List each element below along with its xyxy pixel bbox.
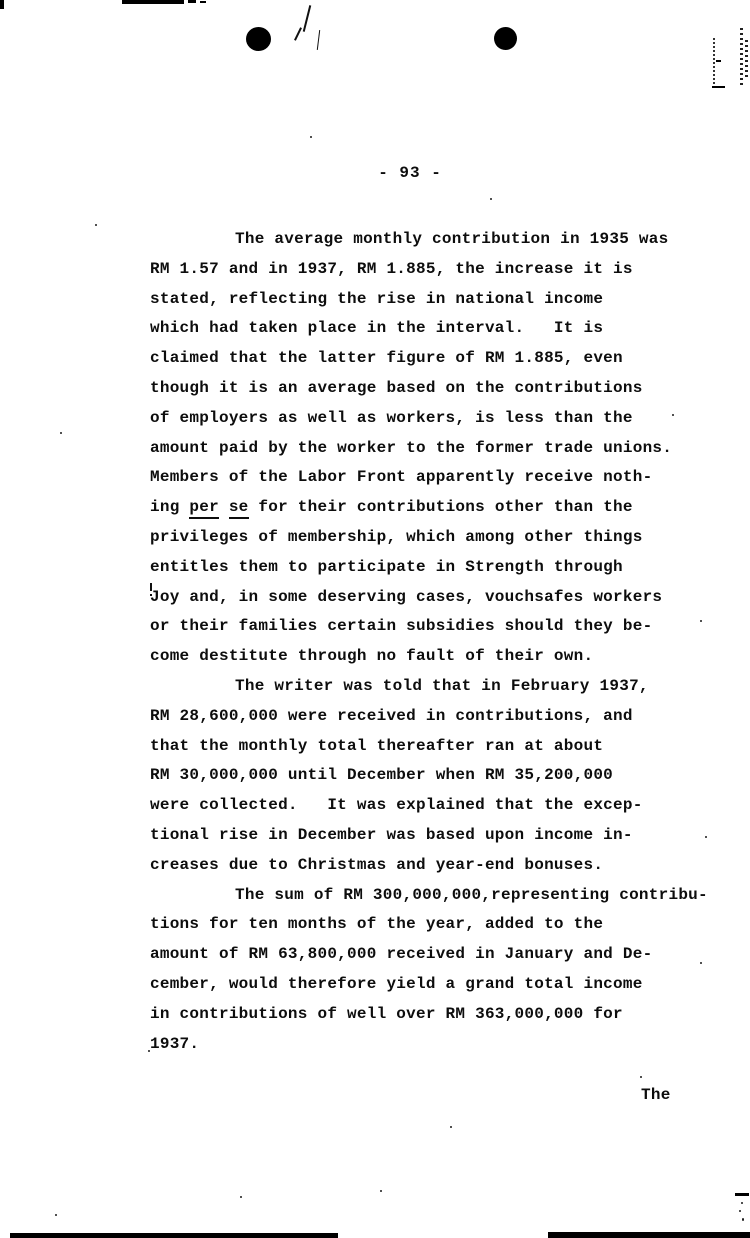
scan-bar-top [122,0,184,4]
text-line: come destitute through no fault of their… [150,642,695,672]
underlined-word: per [189,498,219,519]
text-segment [219,498,229,516]
noise-speck [700,962,702,964]
text-line: creases due to Christmas and year-end bo… [150,851,695,881]
noise-speck [700,620,702,622]
text-line: The average monthly contribution in 1935… [150,225,695,255]
text-line: though it is an average based on the con… [150,374,695,404]
body-text: The average monthly contribution in 1935… [150,225,695,1059]
text-line: The sum of RM 300,000,000,representing c… [150,881,695,911]
noise-speck [310,136,312,138]
page-number: - 93 - [150,164,670,182]
text-line-per-se: ing per se for their contributions other… [150,493,695,523]
noise-speck [380,1190,382,1192]
scan-dash [200,1,206,3]
stamp-mark [716,60,721,62]
text-line: RM 1.57 and in 1937, RM 1.885, the incre… [150,255,695,285]
scan-edge-mark [0,0,4,9]
text-line: entitles them to participate in Strength… [150,553,695,583]
noise-speck [240,1196,242,1198]
stamp-mark [713,38,715,88]
punch-hole-left [246,27,271,51]
noise-speck [739,1210,741,1212]
text-line: 1937. [150,1030,695,1060]
scratch-mark [303,5,311,32]
noise-speck [450,1126,452,1128]
margin-squiggle [740,28,743,88]
text-line: in contributions of well over RM 363,000… [150,1000,695,1030]
text-line: that the monthly total thereafter ran at… [150,732,695,762]
noise-speck [742,1218,744,1221]
text-line: amount paid by the worker to the former … [150,434,695,464]
scanned-document-page: - 93 - The average monthly contribution … [0,0,750,1238]
text-line: claimed that the latter figure of RM 1.8… [150,344,695,374]
text-line: The writer was told that in February 193… [150,672,695,702]
underlined-word: se [229,498,249,519]
text-segment: for their contributions other than the [249,498,633,516]
scan-bar-bottom-right [548,1232,750,1238]
stamp-mark [712,86,725,88]
margin-squiggle [745,40,748,80]
text-line: tions for ten months of the year, added … [150,910,695,940]
text-line: tional rise in December was based upon i… [150,821,695,851]
text-line: cember, would therefore yield a grand to… [150,970,695,1000]
text-line: RM 30,000,000 until December when RM 35,… [150,761,695,791]
noise-speck [640,1076,642,1078]
scratch-mark [294,27,302,40]
text-segment: ing [150,498,189,516]
noise-speck [95,224,97,226]
text-line: Members of the Labor Front apparently re… [150,463,695,493]
noise-speck [490,198,492,200]
noise-speck [55,1214,57,1216]
text-line: privileges of membership, which among ot… [150,523,695,553]
text-line: which had taken place in the interval. I… [150,314,695,344]
noise-speck [60,432,62,434]
text-line: or their families certain subsidies shou… [150,612,695,642]
corner-mark [735,1193,749,1196]
noise-speck [705,836,707,838]
text-line: amount of RM 63,800,000 received in Janu… [150,940,695,970]
text-line: were collected. It was explained that th… [150,791,695,821]
scan-dash [188,0,196,3]
scratch-mark [317,30,320,50]
text-line: of employers as well as workers, is less… [150,404,695,434]
noise-speck [741,1202,743,1204]
punch-hole-right [494,27,517,50]
text-line: Joy and, in some deserving cases, vouchs… [150,583,695,613]
scan-bar-bottom-left [10,1233,338,1238]
text-line: stated, reflecting the rise in national … [150,285,695,315]
catchword: The [641,1086,671,1104]
text-line: RM 28,600,000 were received in contribut… [150,702,695,732]
